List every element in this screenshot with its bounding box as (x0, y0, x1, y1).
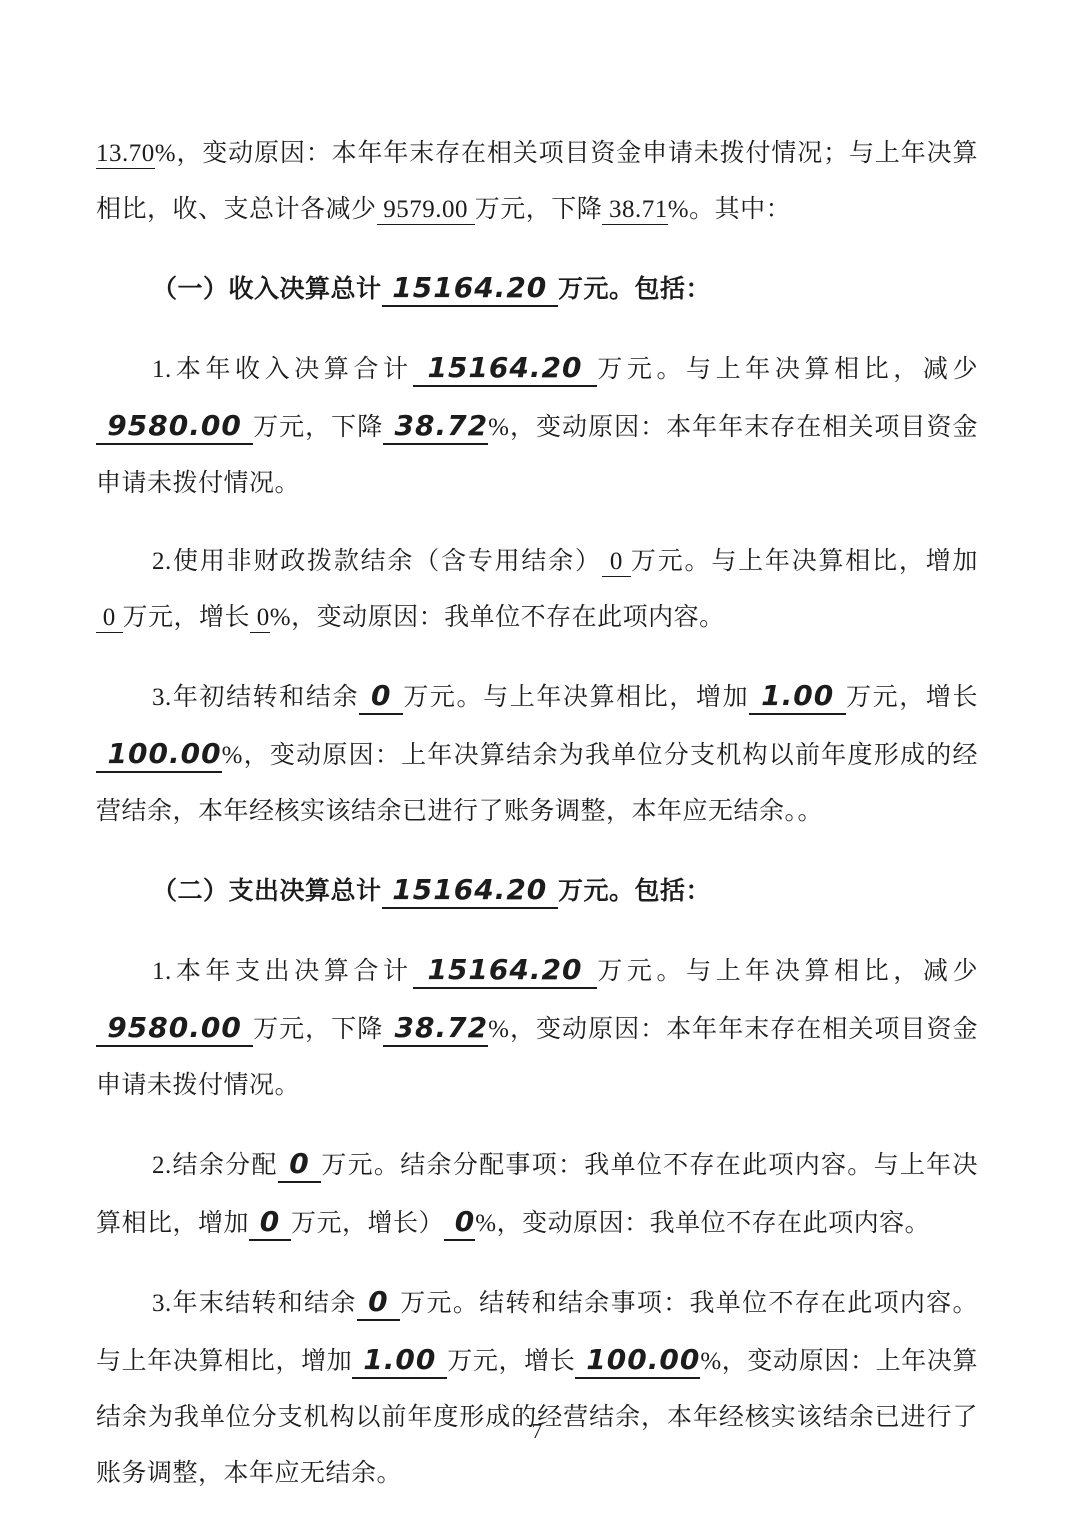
underlined-value: 0 (602, 548, 631, 577)
text-run: 万元，下降 (253, 414, 383, 441)
text-run: 万元，下降 (475, 196, 603, 223)
underlined-value: 0 (359, 679, 403, 715)
underlined-value: 1.00 (749, 679, 846, 715)
paragraph-income-2: 2.使用非财政拨款结余（含专用结余） 0 万元。与上年决算相比，增加 0 万元，… (96, 534, 978, 646)
underlined-value: 0 (357, 1285, 401, 1321)
underlined-value: 0 (278, 1147, 322, 1183)
text-run: 万元，增长） (291, 1210, 444, 1237)
underlined-value: 13.70 (96, 140, 155, 169)
text-run: 万元，增长 (123, 604, 251, 631)
underlined-value: 100.00 (96, 737, 222, 773)
text-run: %，变动原因：我单位不存在此项内容。 (270, 604, 725, 631)
underlined-value: 15164.20 (382, 271, 559, 307)
paragraph-carryover: 13.70%，变动原因：本年年末存在相关项目资金申请未拨付情况；与上年决算相比，… (96, 126, 978, 238)
text-run: 万元。包括： (558, 878, 711, 905)
text-run: 1.本年收入决算合计 (152, 356, 413, 383)
text-run: 1.本年支出决算合计 (152, 958, 413, 985)
page-number: 7 (532, 1419, 543, 1443)
underlined-value: 0 (250, 604, 270, 633)
text-run: 2.使用非财政拨款结余（含专用结余） (152, 548, 602, 575)
underlined-value: 0 (96, 604, 123, 633)
document-page: 13.70%，变动原因：本年年末存在相关项目资金申请未拨付情况；与上年决算相比，… (0, 0, 1074, 1520)
heading-expenditure-total: （二）支出决算总计 15164.20 万元。包括： (96, 862, 978, 920)
underlined-value: 0 (444, 1205, 475, 1241)
text-run: %，变动原因：我单位不存在此项内容。 (475, 1210, 930, 1237)
text-run: （一）收入决算总计 (152, 276, 382, 303)
text-run: 2.结余分配 (152, 1152, 278, 1179)
underlined-value: 9580.00 (96, 1011, 253, 1047)
text-run: （二）支出决算总计 (152, 878, 382, 905)
text-run: %，变动原因：上年决算结余为我单位分支机构以前年度形成的经营结余，本年经核实该结… (96, 742, 978, 825)
underlined-value: 9580.00 (96, 409, 253, 445)
text-run: 万元，增长 (846, 684, 978, 711)
underlined-value: 0 (249, 1205, 291, 1241)
paragraph-expenditure-2: 2.结余分配 0 万元。结余分配事项：我单位不存在此项内容。与上年决算相比，增加… (96, 1136, 978, 1252)
heading-income-total: （一）收入决算总计 15164.20 万元。包括： (96, 260, 978, 318)
paragraph-income-1: 1.本年收入决算合计 15164.20 万元。与上年决算相比，减少 9580.0… (96, 340, 978, 512)
document-content: 13.70%，变动原因：本年年末存在相关项目资金申请未拨付情况；与上年决算相比，… (0, 0, 1074, 1502)
underlined-value: 100.00 (575, 1343, 700, 1379)
text-run: 万元。与上年决算相比，减少 (597, 958, 978, 985)
text-run: 3.年初结转和结余 (152, 684, 359, 711)
underlined-value: 15164.20 (413, 953, 598, 989)
text-run: 万元，下降 (253, 1016, 383, 1043)
page-footer: 7 (0, 1419, 1074, 1444)
underlined-value: 38.72 (383, 409, 488, 445)
paragraph-expenditure-1: 1.本年支出决算合计 15164.20 万元。与上年决算相比，减少 9580.0… (96, 942, 978, 1114)
text-run: 万元。与上年决算相比，增加 (631, 548, 978, 575)
underlined-value: 38.71 (602, 196, 668, 225)
text-run: 万元。与上年决算相比，减少 (597, 356, 978, 383)
underlined-value: 15164.20 (382, 873, 559, 909)
text-run: 3.年末结转和结余 (152, 1290, 357, 1317)
text-run: %。其中： (668, 196, 791, 223)
text-run: 万元，增长 (447, 1348, 575, 1375)
underlined-value: 1.00 (352, 1343, 447, 1379)
paragraph-expenditure-3: 3.年末结转和结余 0 万元。结转和结余事项：我单位不存在此项内容。与上年决算相… (96, 1274, 978, 1502)
text-run: 万元。与上年决算相比，增加 (403, 684, 749, 711)
underlined-value: 15164.20 (413, 351, 598, 387)
underlined-value: 9579.00 (377, 196, 475, 225)
underlined-value: 38.72 (383, 1011, 488, 1047)
text-run: 万元。包括： (558, 276, 711, 303)
paragraph-income-3: 3.年初结转和结余 0 万元。与上年决算相比，增加 1.00 万元，增长 100… (96, 668, 978, 840)
